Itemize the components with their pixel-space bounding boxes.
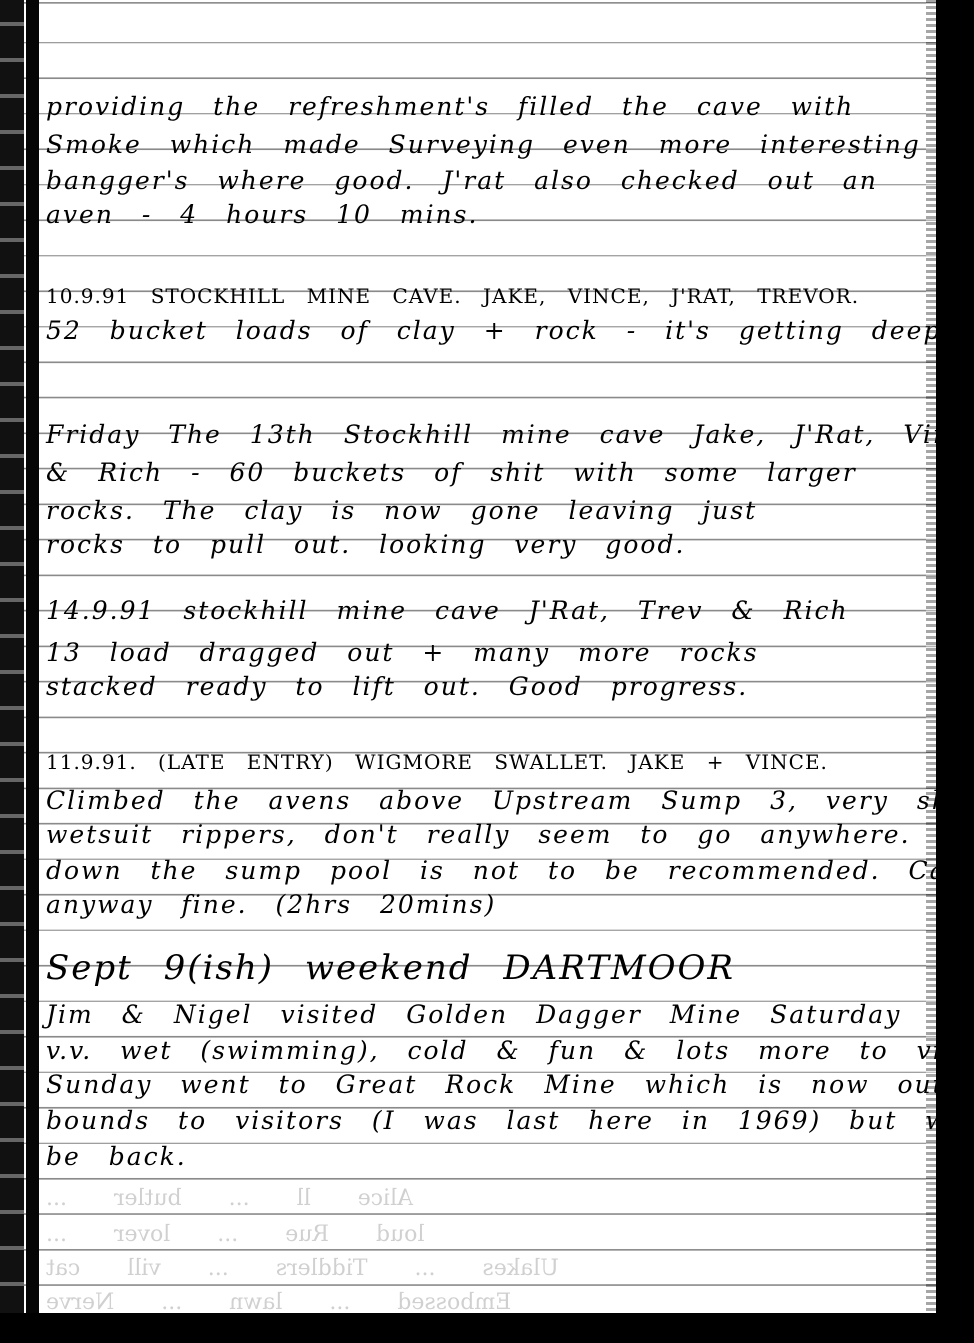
- text-line: be back.: [46, 1142, 187, 1171]
- entry-header: Sept 9(ish) weekend DARTMOOR: [46, 948, 735, 988]
- text-line: rocks. The clay is now gone leaving just: [46, 496, 757, 525]
- text-line: wetsuit rippers, don't really seem to go…: [46, 820, 936, 849]
- bleed-through-text: loud Rue ... lover ...: [46, 1222, 424, 1247]
- text-line: & Rich - 60 buckets of shit with some la…: [46, 458, 857, 487]
- bleed-through-text: Alice ll ... butler ...: [46, 1186, 413, 1211]
- text-line: aven - 4 hours 10 mins.: [46, 200, 478, 229]
- text-line: bounds to visitors (I was last here in 1…: [46, 1106, 936, 1135]
- text-line: providing the refreshment's filled the c…: [46, 92, 854, 121]
- entry-header: Friday The 13th Stockhill mine cave Jake…: [46, 420, 936, 449]
- text-line: down the sump pool is not to be recommen…: [46, 856, 936, 885]
- text-line: rocks to pull out. looking very good.: [46, 530, 685, 559]
- text-line: stacked ready to lift out. Good progress…: [46, 672, 748, 701]
- text-line: 13 load dragged out + many more rocks: [46, 638, 759, 667]
- text-line: Sunday went to Great Rock Mine which is …: [46, 1070, 936, 1099]
- entry-header: 11.9.91. (LATE ENTRY) WIGMORE SWALLET. J…: [46, 750, 828, 774]
- text-line: anyway fine. (2hrs 20mins): [46, 890, 496, 919]
- binding-edge: [0, 0, 24, 1318]
- text-line: Smoke which made Surveying even more int…: [46, 130, 921, 159]
- margin-line: [26, 0, 39, 1318]
- bleed-through-text: Embossed ... lawn ... Nerve: [46, 1290, 511, 1315]
- entry-header: 14.9.91 stockhill mine cave J'Rat, Trev …: [46, 596, 849, 625]
- text-line: bangger's where good. J'rat also checked…: [46, 166, 878, 195]
- text-line: Jim & Nigel visited Golden Dagger Mine S…: [46, 1000, 901, 1029]
- text-line: v.v. wet (swimming), cold & fun & lots m…: [46, 1036, 936, 1065]
- text-line: Climbed the avens above Upstream Sump 3,…: [46, 786, 936, 815]
- text-line: 52 bucket loads of clay + rock - it's ge…: [46, 316, 936, 345]
- notebook-page: providing the refreshment's filled the c…: [0, 0, 936, 1318]
- scan-bottom-edge: [0, 1313, 974, 1343]
- bleed-through-text: Ulakes ... Tiddlers ... vill cat: [46, 1256, 559, 1281]
- entry-header: 10.9.91 STOCKHILL MINE CAVE. JAKE, VINCE…: [46, 284, 859, 308]
